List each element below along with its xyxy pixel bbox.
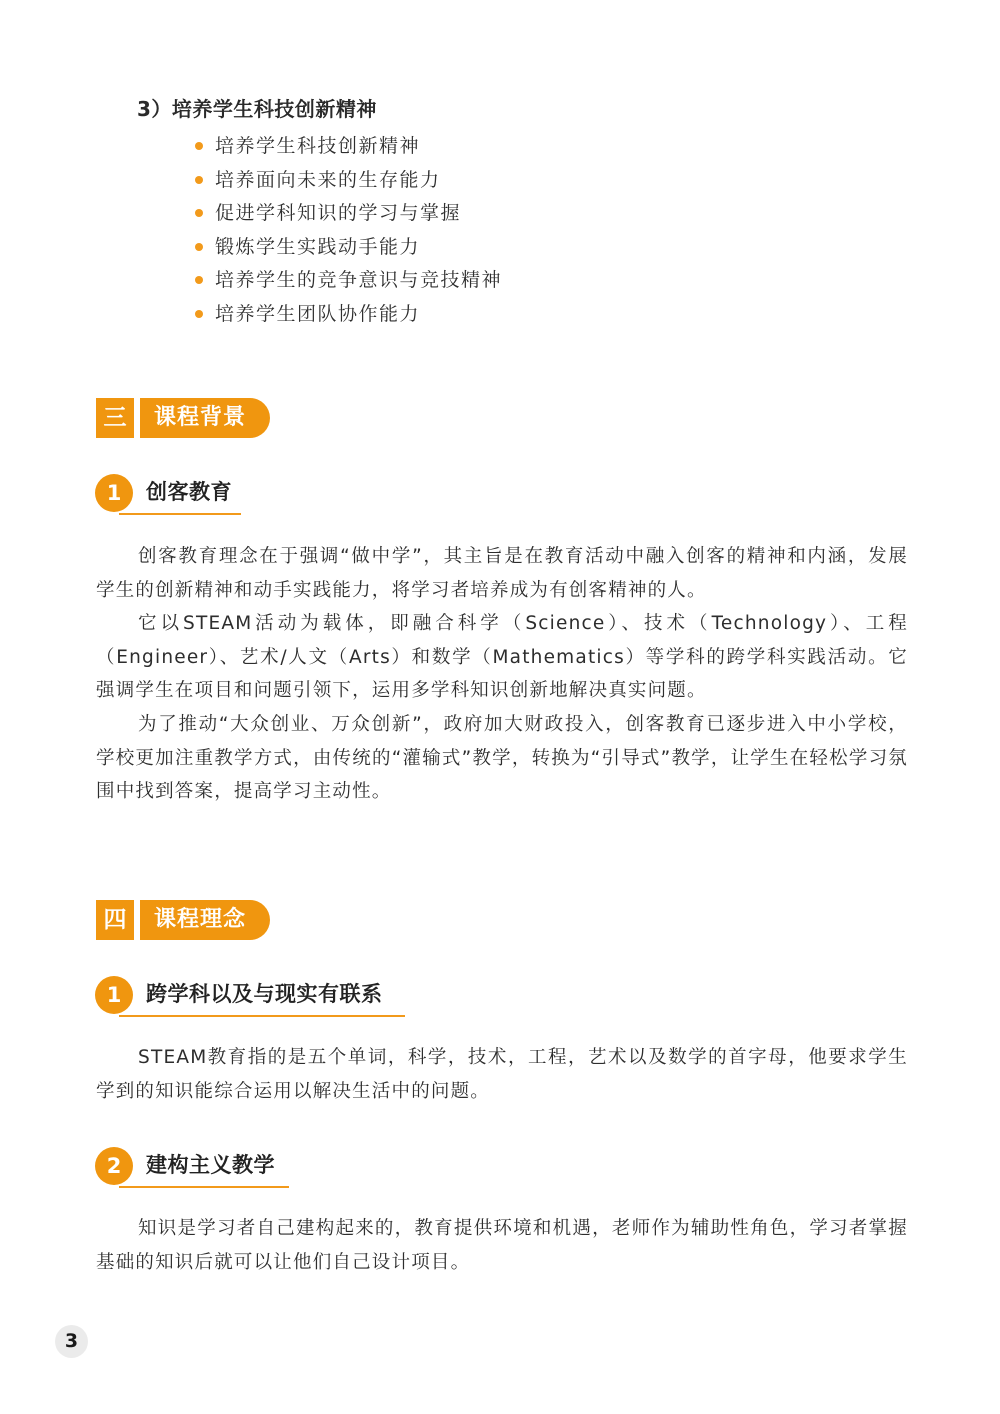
page-number-badge: 3 [55, 1325, 88, 1358]
underline-divider [119, 1186, 289, 1188]
section-header-background: 四 课程理念 [96, 900, 276, 940]
bullet-dot-icon [195, 243, 203, 251]
paragraph: 创客教育理念在于强调“做中学”，其主旨是在教育活动中融入创客的精神和内涵，发展学… [96, 540, 908, 607]
list-item: 促进学科知识的学习与掌握 [193, 198, 502, 232]
bullet-dot-icon [195, 276, 203, 284]
paragraph: 知识是学习者自己建构起来的，教育提供环境和机遇，老师作为辅助性角色，学习者掌握基… [96, 1212, 908, 1279]
list-item: 培养学生科技创新精神 [193, 131, 502, 165]
bullet-dot-icon [195, 142, 203, 150]
interdisciplinary-body: STEAM教育指的是五个单词，科学，技术，工程，艺术以及数学的首字母，他要求学生… [96, 1041, 908, 1108]
maker-education-body: 创客教育理念在于强调“做中学”，其主旨是在教育活动中融入创客的精神和内涵，发展学… [96, 540, 908, 809]
subsection-header-constructivism: 2 建构主义教学 [95, 1145, 295, 1189]
paragraph: 它以STEAM活动为载体，即融合科学（Science）、技术（Technolog… [96, 607, 908, 708]
section-number-badge: 三 [96, 398, 134, 438]
list-item: 培养面向未来的生存能力 [193, 165, 502, 199]
subsection-number-circle: 1 [95, 474, 133, 512]
paragraph: 为了推动“大众创业、万众创新”，政府加大财政投入，创客教育已逐步进入中小学校，学… [96, 708, 908, 809]
subsection-title: 跨学科以及与现实有联系 [146, 976, 383, 1012]
underline-divider [119, 513, 241, 515]
paragraph: STEAM教育指的是五个单词，科学，技术，工程，艺术以及数学的首字母，他要求学生… [96, 1041, 908, 1108]
goals-heading: 3）培养学生科技创新精神 [137, 93, 377, 122]
bullet-dot-icon [195, 310, 203, 318]
underline-divider [119, 1015, 405, 1017]
subsection-title: 建构主义教学 [146, 1147, 275, 1183]
bullet-dot-icon [195, 176, 203, 184]
subsection-title: 创客教育 [146, 474, 232, 510]
section-title: 课程背景 [140, 398, 270, 438]
bullet-dot-icon [195, 209, 203, 217]
subsection-header-maker-education: 1 创客教育 [95, 472, 255, 516]
subsection-header-interdisciplinary: 1 跨学科以及与现实有联系 [95, 974, 415, 1018]
section-title: 课程理念 [140, 900, 270, 940]
constructivism-body: 知识是学习者自己建构起来的，教育提供环境和机遇，老师作为辅助性角色，学习者掌握基… [96, 1212, 908, 1279]
list-item: 锻炼学生实践动手能力 [193, 232, 502, 266]
section-header-background: 三 课程背景 [96, 398, 276, 438]
list-item: 培养学生的竞争意识与竞技精神 [193, 265, 502, 299]
list-item: 培养学生团队协作能力 [193, 299, 502, 333]
section-number-badge: 四 [96, 900, 134, 940]
subsection-number-circle: 1 [95, 976, 133, 1014]
goals-list: 培养学生科技创新精神 培养面向未来的生存能力 促进学科知识的学习与掌握 锻炼学生… [193, 131, 502, 333]
subsection-number-circle: 2 [95, 1147, 133, 1185]
